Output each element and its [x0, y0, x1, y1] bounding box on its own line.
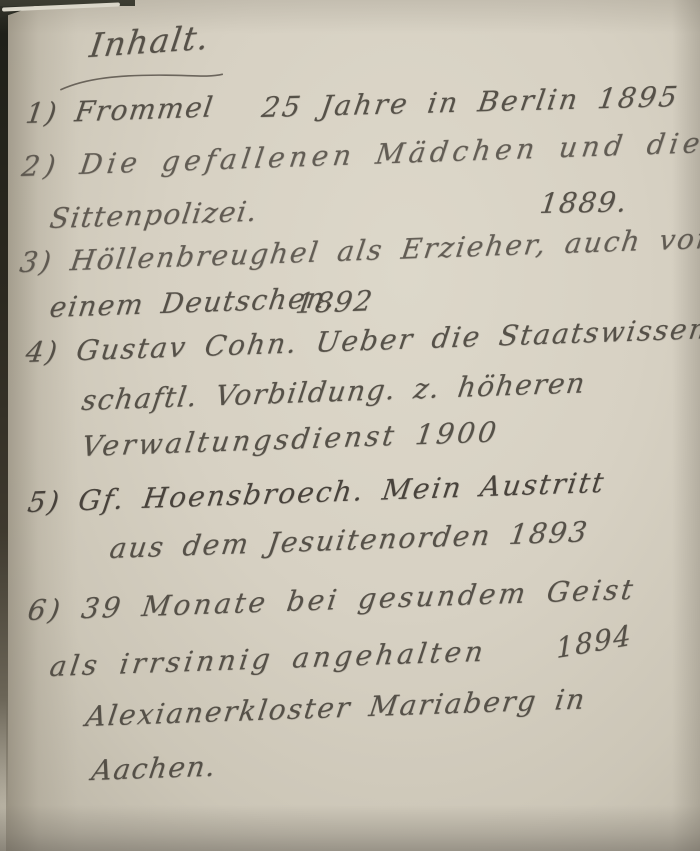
toc-entry-6-line4: Aachen.: [90, 750, 219, 788]
toc-entry-6-year: 1894: [555, 618, 632, 665]
toc-entry-4-line2: schaftl. Vorbildung. z. höheren: [80, 366, 588, 417]
book-page-photo: Inhalt. 1) Frommel 25 Jahre in Berlin 18…: [0, 0, 700, 851]
toc-entry-3-year: 1892: [294, 284, 376, 320]
toc-entry-4-line3: Verwaltungsdienst 1900: [80, 415, 502, 463]
toc-entry-6-line2: als irrsinnig angehalten: [48, 635, 489, 683]
toc-entry-1-text: 1) Frommel: [24, 90, 216, 130]
toc-entry-2-line2: Sittenpolizei.: [48, 195, 261, 235]
toc-entry-5-line2: aus dem Jesuitenorden 1893: [108, 515, 591, 565]
bottom-vignette: [0, 805, 700, 851]
toc-entry-1-detail: 25 Jahre in Berlin 1895: [260, 80, 682, 124]
toc-entry-2-year: 1889.: [538, 185, 630, 220]
toc-entry-5-line1: 5) Gf. Hoensbroech. Mein Austritt: [26, 466, 608, 519]
page-title: Inhalt.: [87, 17, 212, 65]
title-underline: [58, 65, 227, 93]
toc-entry-6-line3: Alexianerkloster Mariaberg in: [84, 682, 589, 733]
toc-entry-6-line1: 6) 39 Monate bei gesundem Geist: [26, 573, 638, 627]
binding-edge: [0, 0, 8, 851]
toc-entry-2-line1: 2) Die gefallenen Mädchen und die: [20, 126, 700, 183]
